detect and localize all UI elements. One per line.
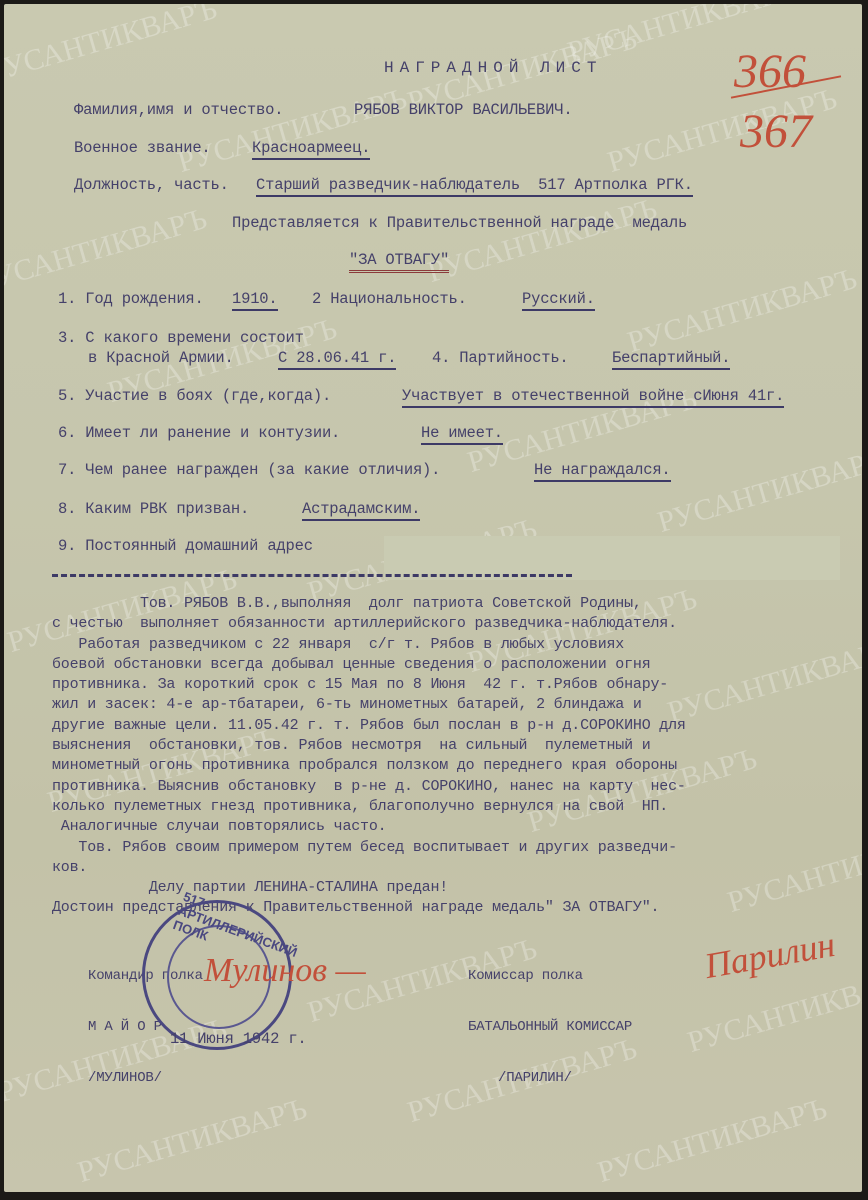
position-value: Старший разведчик-наблюдатель 517 Артпол… [256, 176, 693, 197]
commissar-title: Комиссар полка [468, 968, 632, 985]
wounds-label: 6. Имеет ли ранение и контузии. [58, 424, 340, 442]
birth-year-label: 1. Год рождения. [58, 290, 204, 308]
rank-label: Военное звание. [74, 139, 211, 157]
commander-name: /МУЛИНОВ/ [88, 1070, 203, 1087]
watermark: РУСАНТИКВАРЪ [4, 4, 221, 90]
rank-value: Красноармеец. [252, 139, 370, 160]
narrative-line: Работая разведчиком с 22 января с/г т. Р… [52, 635, 686, 655]
watermark: РУСАНТИКВАРЪ [4, 202, 211, 300]
narrative-line: противника. Выяснив обстановку в р-не д.… [52, 777, 686, 797]
narrative-line: минометный огонь противника пробрался по… [52, 756, 686, 776]
narrative-line: Тов. Рябов своим примером путем бесед во… [52, 838, 686, 858]
commissar-signature: Парилин [701, 923, 838, 987]
name-value: РЯБОВ ВИКТОР ВАСИЛЬЕВИЧ. [354, 101, 572, 119]
narrative-line: Делу партии ЛЕНИНА-СТАЛИНА предан! [52, 878, 686, 898]
service-since-value: С 28.06.41 г. [278, 349, 396, 370]
watermark: РУСАНТИКВАРЪ [424, 192, 661, 290]
party-label: 4. Партийность. [432, 349, 569, 367]
nationality-label: 2 Национальность. [312, 290, 467, 308]
commander-signature: Мулинов — [204, 952, 366, 990]
commissar-block: Комиссар полка БАТАЛЬОННЫЙ КОМИССАР /ПАР… [468, 934, 632, 1121]
service-since-label-2: в Красной Армии. [88, 349, 234, 367]
watermark: РУСАНТИКВАРЪ [624, 262, 861, 360]
archive-number: 367 [740, 104, 812, 159]
watermark: РУСАНТИКВАРЪ [174, 82, 411, 180]
party-value: Беспартийный. [612, 349, 730, 370]
narrative-line: жил и засек: 4-е ар-тбатареи, 6-ть мином… [52, 695, 686, 715]
narrative-line: с честью выполняет обязанности артиллери… [52, 614, 686, 634]
birth-year-value: 1910. [232, 290, 278, 311]
service-since-label: 3. С какого времени состоит [58, 329, 304, 347]
document-title: НАГРАДНОЙ ЛИСТ [384, 59, 602, 77]
narrative-line: другие важные цели. 11.05.42 г. т. Рябов… [52, 716, 686, 736]
narrative-line: Достоин представления к Правительственно… [52, 898, 686, 918]
wounds-value: Не имеет. [421, 424, 503, 445]
watermark: РУСАНТИКВАРЪ [654, 442, 862, 540]
narrative: Тов. РЯБОВ В.В.,выполняя долг патриота С… [52, 594, 686, 919]
commissar-name: /ПАРИЛИН/ [468, 1070, 632, 1087]
separator-line [52, 574, 572, 577]
award-sheet-page: РУСАНТИКВАРЪ РУСАНТИКВАРЪ РУСАНТИКВАРЪ Р… [4, 4, 862, 1192]
narrative-line: Тов. РЯБОВ В.В.,выполняя долг патриота С… [52, 594, 686, 614]
watermark: РУСАНТИКВАРЪ [724, 822, 862, 920]
home-address-label: 9. Постоянный домашний адрес [58, 537, 313, 555]
award-name: "ЗА ОТВАГУ" [349, 251, 449, 273]
name-label: Фамилия,имя и отчество. [74, 101, 283, 119]
draft-office-label: 8. Каким РВК призван. [58, 500, 249, 518]
draft-office-value: Астрадамским. [302, 500, 420, 521]
watermark: РУСАНТИКВАРЪ [664, 632, 862, 730]
narrative-line: Аналогичные случаи повторялись часто. [52, 817, 686, 837]
document-date: 11 Июня 1942 г. [170, 1030, 307, 1048]
battles-value: Участвует в отечественной войне сИюня 41… [402, 387, 784, 408]
nomination-line: Представляется к Правительственной награ… [232, 214, 687, 232]
prior-awards-value: Не награждался. [534, 461, 671, 482]
battles-label: 5. Участие в боях (где,когда). [58, 387, 331, 405]
narrative-line: выяснения обстановки, тов. Рябов несмотр… [52, 736, 686, 756]
narrative-line: боевой обстановки всегда добывал ценные … [52, 655, 686, 675]
narrative-line: противника. За короткий срок с 15 Мая по… [52, 675, 686, 695]
position-label: Должность, часть. [74, 176, 229, 194]
narrative-line: ков. [52, 858, 686, 878]
prior-awards-label: 7. Чем ранее награжден (за какие отличия… [58, 461, 440, 479]
narrative-line: колько пулеметных гнезд противника, благ… [52, 797, 686, 817]
commissar-rank: БАТАЛЬОННЫЙ КОМИССАР [468, 1019, 632, 1036]
nationality-value: Русский. [522, 290, 595, 311]
